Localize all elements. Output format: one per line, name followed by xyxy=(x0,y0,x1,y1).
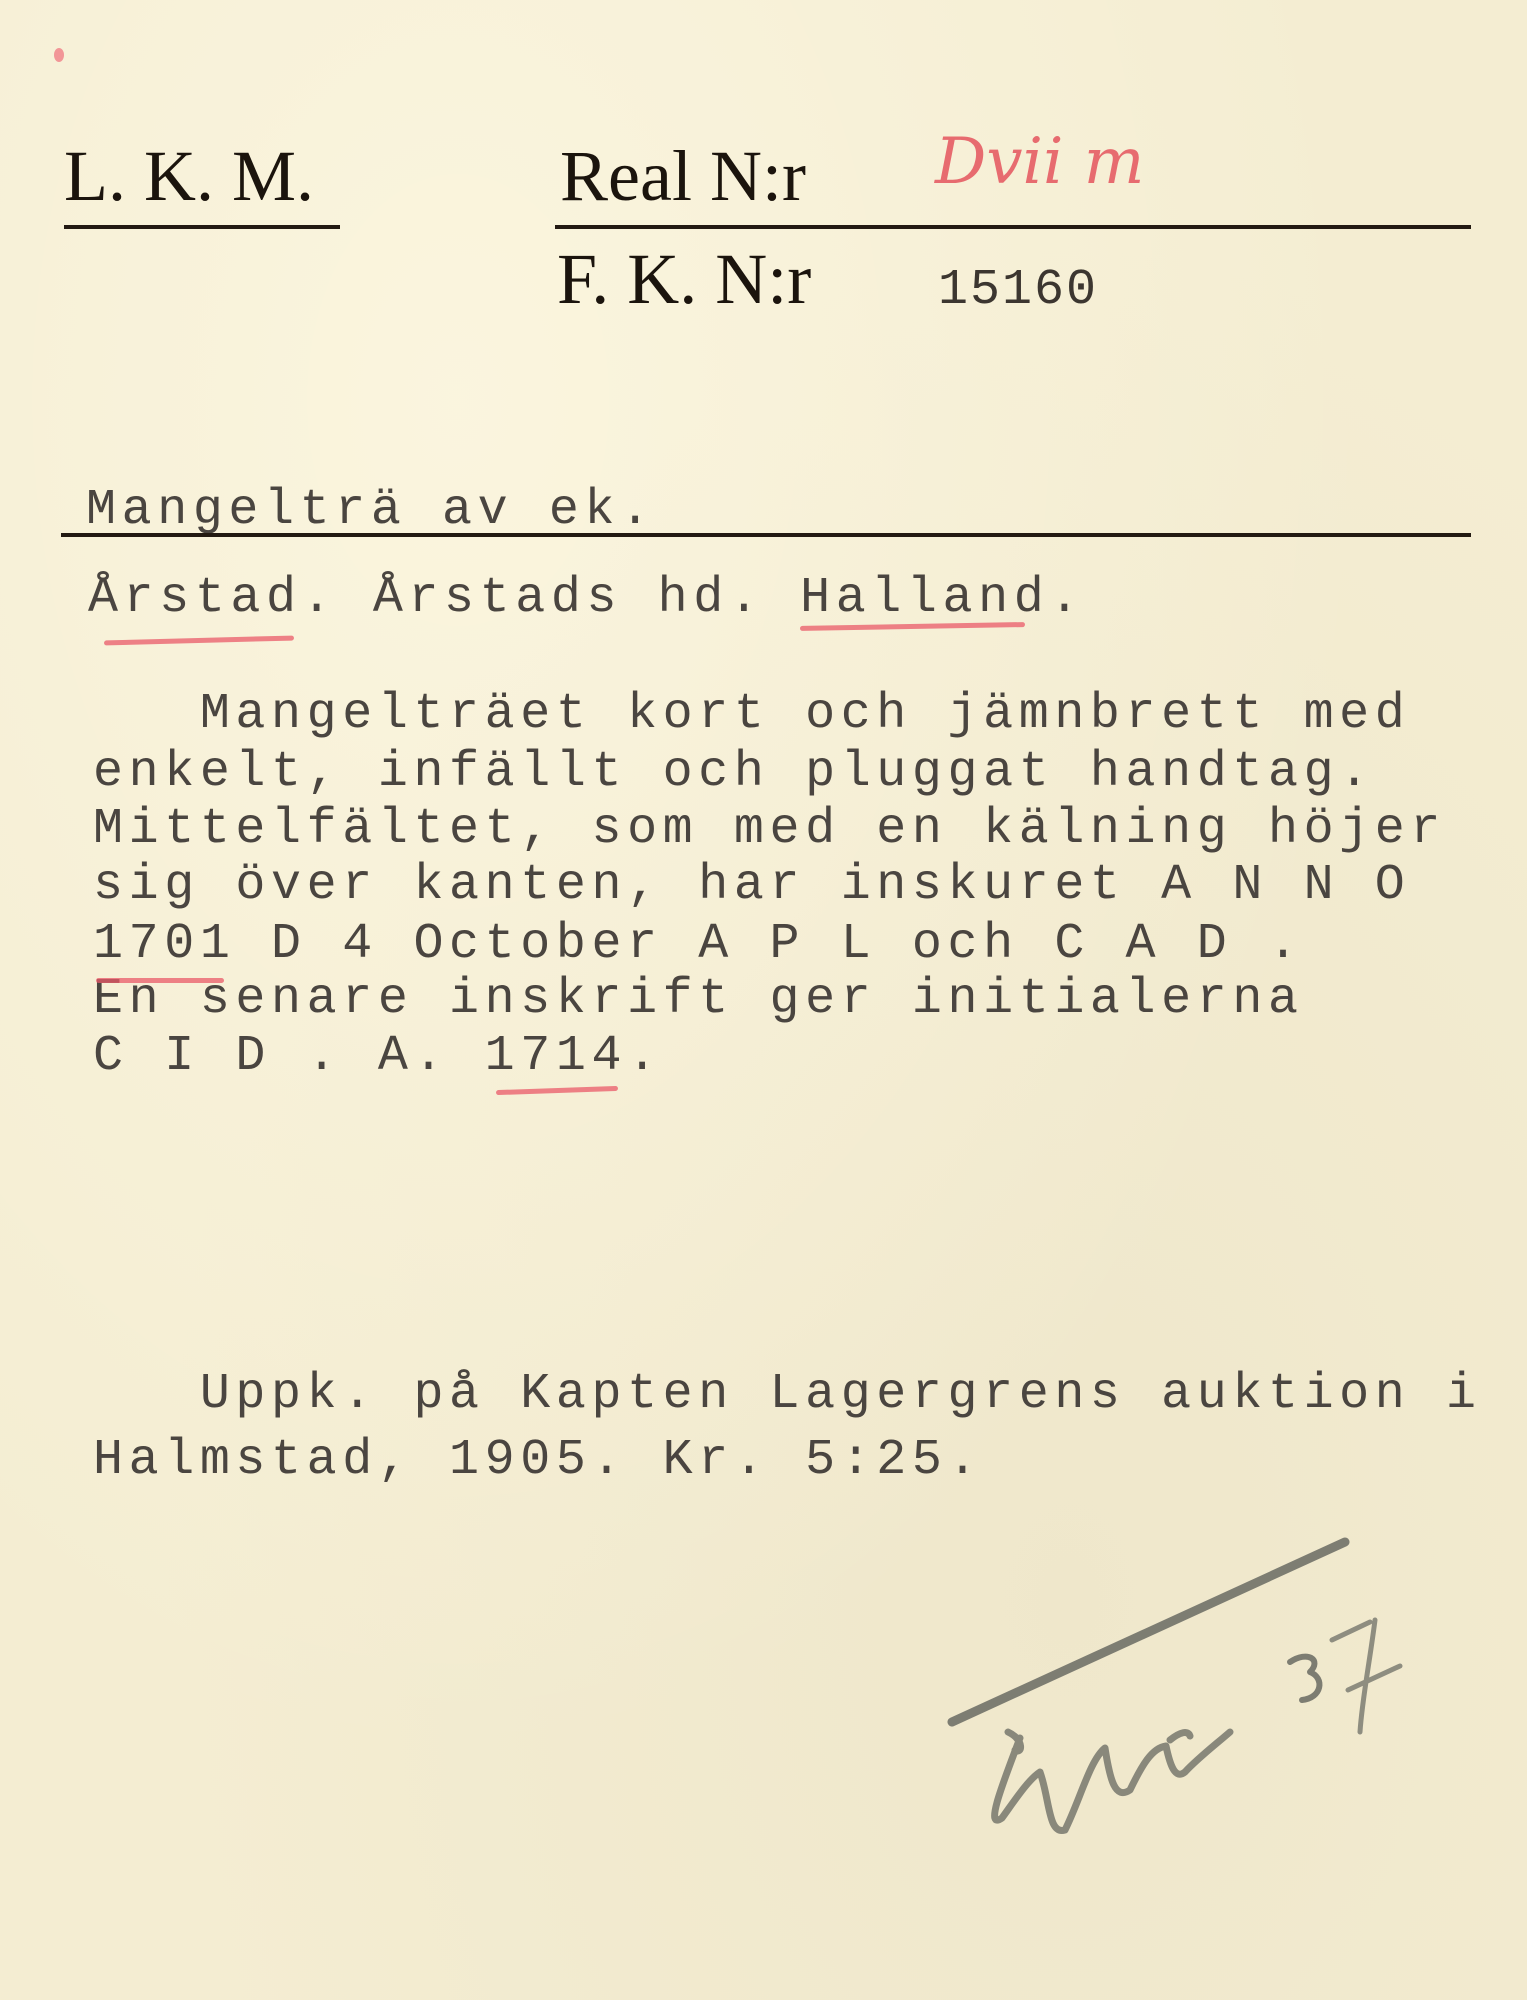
real-nr-value: Dvii m xyxy=(935,130,1144,194)
acquisition-line: Halmstad, 1905. Kr. 5:25. xyxy=(93,1436,983,1486)
description-line: Mangelträet kort och jämnbrett med xyxy=(93,690,1410,740)
acquisition-line: Uppk. på Kapten Lagergrens auktion i xyxy=(93,1370,1482,1420)
underline-1714 xyxy=(496,1086,618,1095)
description-line: C I D . A. 1714. xyxy=(93,1032,663,1082)
description-line: En senare inskrift ger initialerna xyxy=(93,975,1304,1025)
signature-icon xyxy=(930,1500,1450,1900)
real-nr-rule xyxy=(555,225,1471,229)
underline-arstad xyxy=(104,636,294,646)
object-title: Mangelträ av ek. xyxy=(86,486,656,536)
description-line: 1701 D 4 October A P L och C A D . xyxy=(93,920,1304,970)
real-nr-label: Real N:r xyxy=(560,140,806,212)
underline-1701 xyxy=(96,978,224,983)
fk-nr-label: F. K. N:r xyxy=(557,243,811,315)
fk-nr-value: 15160 xyxy=(938,262,1098,319)
location-line: Årstad. Årstads hd. Halland. xyxy=(88,574,1085,624)
institution-label: L. K. M. xyxy=(64,140,314,212)
red-mark xyxy=(54,48,64,62)
institution-underline xyxy=(64,225,340,229)
description-line: enkelt, infällt och pluggat handtag. xyxy=(93,748,1375,798)
description-line: Mittelfältet, som med en kälning höjer xyxy=(93,805,1446,855)
description-line: sig över kanten, har inskuret A N N O xyxy=(93,861,1410,911)
title-rule xyxy=(61,533,1471,537)
